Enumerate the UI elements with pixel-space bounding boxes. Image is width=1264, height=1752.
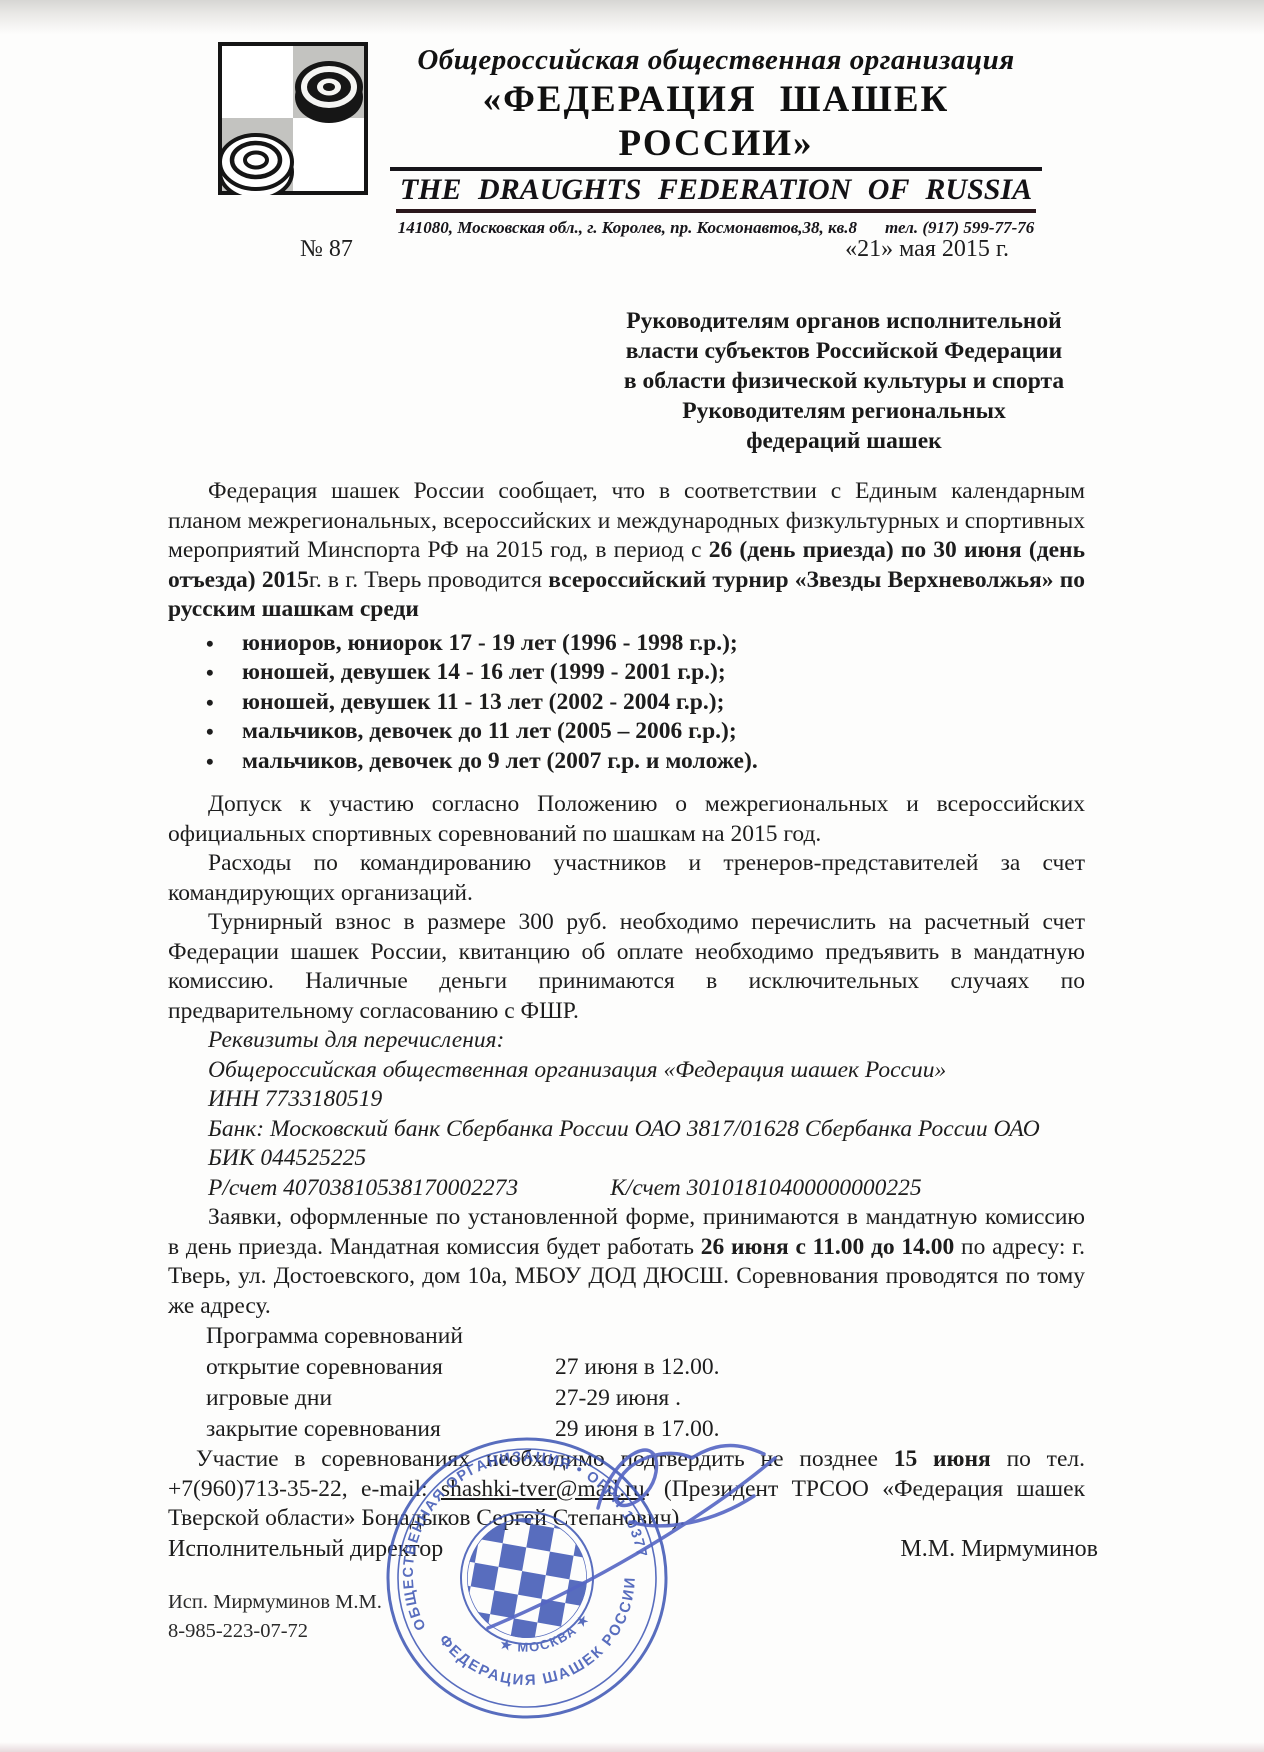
white-checker-icon (220, 135, 292, 195)
requisites-bank: Банк: Московский банк Сбербанка России О… (208, 1115, 1085, 1145)
executor-name: Исп. Мирмуминов М.М. (168, 1588, 382, 1617)
requisites-org: Общероссийская общественная организация … (208, 1056, 1085, 1086)
scan-artifact-bottom (0, 1742, 1264, 1752)
signature-ink (430, 1400, 820, 1670)
letter-body: Федерация шашек России сообщает, что в с… (168, 477, 1085, 1534)
payment-requisites: Реквизиты для перечисления: Общероссийск… (208, 1026, 1085, 1203)
org-name-en: THE DRAUGHTS FEDERATION OF RUSSIA (396, 172, 1036, 213)
requisites-inn: ИНН 7733180519 (208, 1085, 1085, 1115)
list-item: •юношей, девушек 11 - 13 лет (2002 - 200… (242, 688, 1085, 718)
requisites-title: Реквизиты для перечисления: (208, 1026, 1085, 1056)
scanned-letter-page: Общероссийская общественная организация … (0, 0, 1264, 1752)
addressee-block: Руководителям органов исполнительной вла… (604, 306, 1084, 456)
addressee-line: в области физической культуры и спорта (604, 366, 1084, 396)
org-type: Общероссийская общественная организация (390, 42, 1042, 78)
requisites-accounts: Р/счет 40703810538170002273К/счет 301018… (208, 1174, 1085, 1204)
program-row: открытие соревнования27 июня в 12.00. (206, 1352, 1085, 1383)
bullet-icon: • (206, 688, 214, 718)
bullet-icon: • (206, 717, 214, 747)
requisites-bik: БИК 044525225 (208, 1144, 1085, 1174)
age-categories-list: •юниоров, юниорок 17 - 19 лет (1996 - 19… (168, 629, 1085, 777)
scan-artifact-top (0, 0, 1264, 38)
paragraph-intro: Федерация шашек России сообщает, что в с… (168, 477, 1085, 625)
org-address: 141080, Московская обл., г. Королев, пр.… (398, 218, 857, 237)
doc-date: «21» мая 2015 г. (845, 236, 1009, 263)
executor-block: Исп. Мирмуминов М.М. 8-985-223-07-72 (168, 1588, 382, 1646)
r-account: Р/счет 40703810538170002273 (208, 1175, 518, 1201)
paragraph-expenses: Расходы по командированию участников и т… (168, 849, 1085, 908)
list-item: •юношей, девушек 14 - 16 лет (1999 - 200… (242, 658, 1085, 688)
addressee-line: власти субъектов Российской Федерации (604, 336, 1084, 366)
signer-name: М.М. Мирмуминов (900, 1536, 1098, 1563)
addressee-line: Руководителям органов исполнительной (604, 306, 1084, 336)
addressee-line: Руководителям региональных (604, 396, 1084, 426)
bullet-icon: • (206, 747, 214, 777)
org-name-ru: «ФЕДЕРАЦИЯ ШАШЕК РОССИИ» (390, 78, 1042, 171)
doc-number: № 87 (300, 236, 353, 263)
executor-phone: 8-985-223-07-72 (168, 1617, 382, 1646)
list-item: •мальчиков, девочек до 11 лет (2005 – 20… (242, 717, 1085, 747)
black-checker-icon (295, 61, 363, 123)
checkers-board-logo-icon (218, 42, 368, 195)
paragraph-fee: Турнирный взнос в размере 300 руб. необх… (168, 908, 1085, 1026)
org-phone: тел. (917) 599-77-76 (885, 218, 1034, 237)
paragraph-admission: Допуск к участию согласно Положению о ме… (168, 790, 1085, 849)
bullet-icon: • (206, 658, 214, 688)
letterhead-text: Общероссийская общественная организация … (390, 42, 1042, 240)
paragraph-applications: Заявки, оформленные по установленной фор… (168, 1203, 1085, 1321)
list-item: •мальчиков, девочек до 9 лет (2007 г.р. … (242, 747, 1085, 777)
letterhead: Общероссийская общественная организация … (218, 42, 1048, 240)
program-title: Программа соревнований (206, 1321, 1085, 1352)
addressee-line: федераций шашек (604, 426, 1084, 456)
bullet-icon: • (206, 629, 214, 659)
k-account: К/счет 30101810400000000225 (610, 1175, 921, 1201)
list-item: •юниоров, юниорок 17 - 19 лет (1996 - 19… (242, 629, 1085, 659)
